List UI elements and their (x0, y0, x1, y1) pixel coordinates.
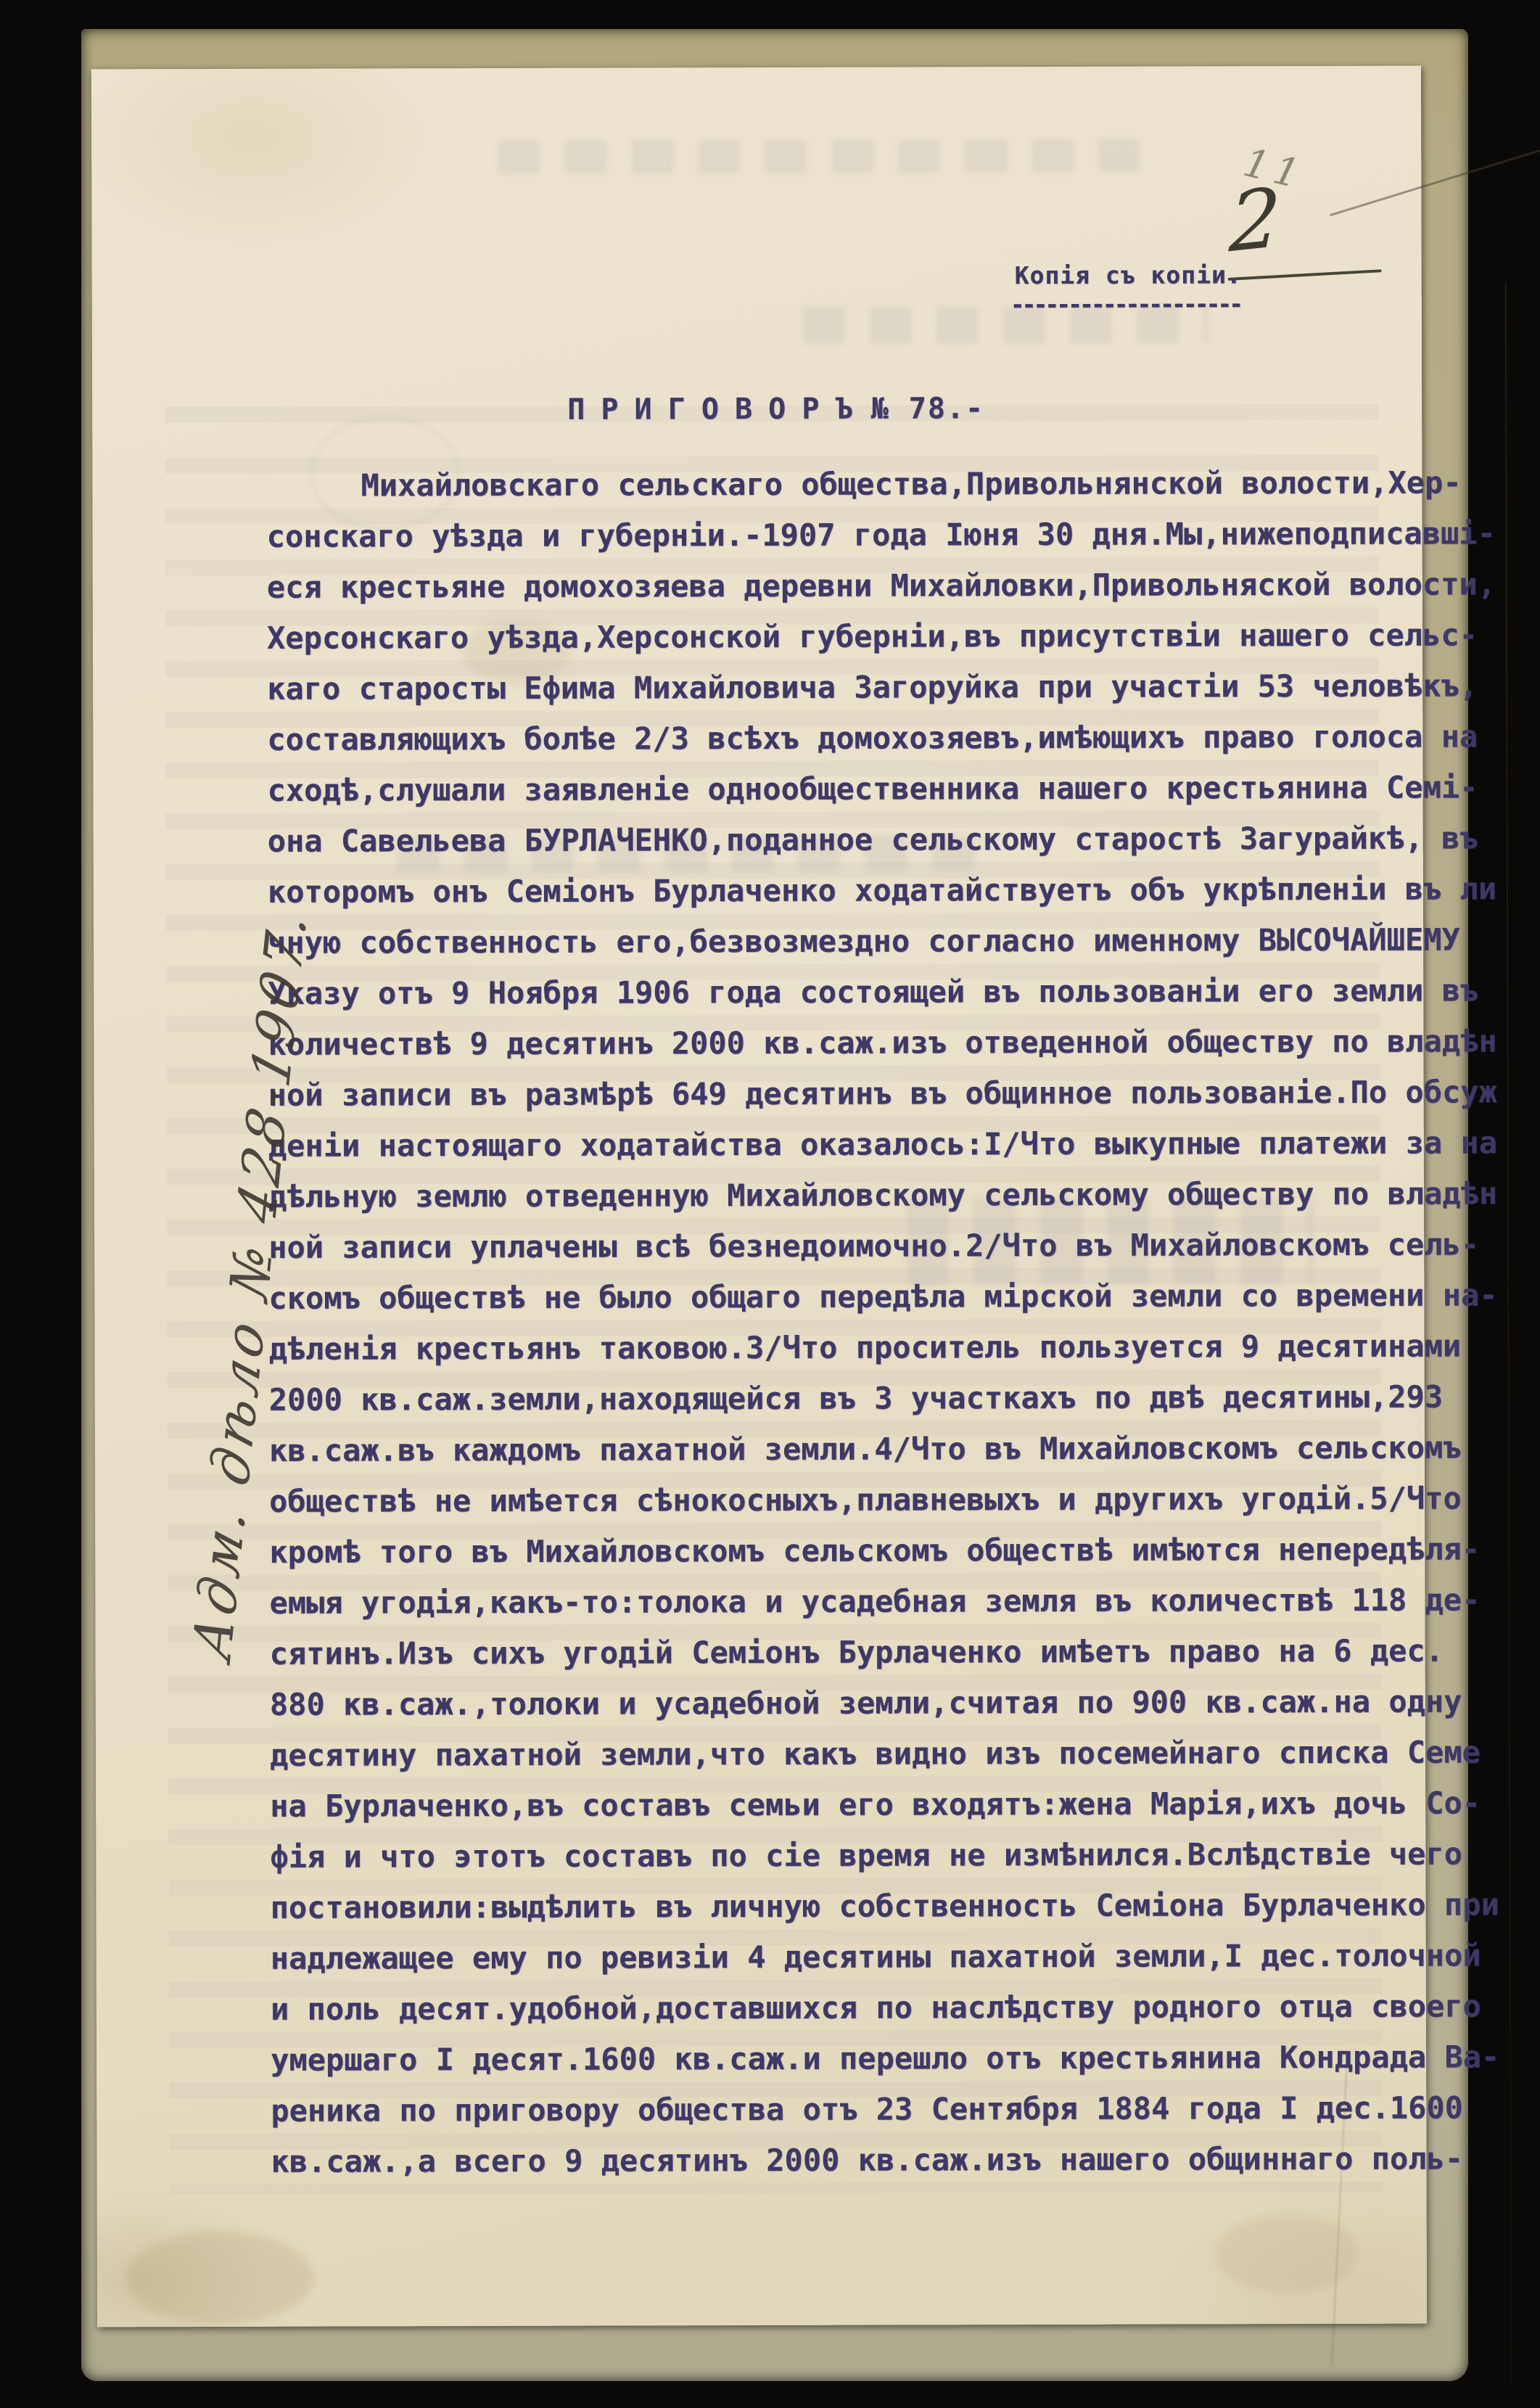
body-line: на Бурлаченко,въ составъ семьи его входя… (270, 1778, 1532, 1832)
bleed-through-ghost (498, 139, 1150, 174)
body-line: Указу отъ 9 Ноября 1906 года состоящей в… (268, 965, 1530, 1019)
copy-note: Копія съ копіи. (1015, 260, 1242, 289)
body-line: обществѣ не имѣется сѣнокосныхъ,плавневы… (269, 1473, 1531, 1527)
body-line: ной записи въ размѣрѣ 649 десятинъ въ об… (268, 1067, 1531, 1121)
body-line: которомъ онъ Семіонъ Бурлаченко ходатайс… (268, 863, 1530, 918)
body-line: она Савельева БУРЛАЧЕНКО,поданное сельск… (268, 813, 1530, 867)
body-line: кв.саж.,а всего 9 десятинъ 2000 кв.саж.и… (271, 2133, 1533, 2187)
body-line: деніи настоящаго ходатайства оказалось:I… (268, 1117, 1531, 1172)
body-line: составляющихъ болѣе 2/3 всѣхъ домохозяев… (267, 711, 1529, 765)
body-line: еся крестьяне домохозяева деревни Михайл… (267, 559, 1529, 613)
body-line: дѣльную землю отведенную Михайловскому с… (268, 1168, 1531, 1223)
body-line: десятину пахатной земли,что какъ видно и… (270, 1727, 1532, 1781)
body-line: умершаго I десят.1600 кв.саж.и перешло о… (271, 2031, 1533, 2086)
title-word: П Р И Г О В О Р Ъ (567, 393, 852, 427)
body-line: 2000 кв.саж.земли,находящейся въ 3 участ… (269, 1371, 1531, 1426)
body-line: кв.саж.въ каждомъ пахатной земли.4/Что в… (269, 1422, 1531, 1476)
copy-note-underline: -------------------- (1010, 289, 1240, 319)
document-title: П Р И Г О В О Р Ъ№ 78.- (567, 392, 984, 427)
body-line: каго старосты Ефима Михайловича Загоруйк… (267, 660, 1529, 715)
body-line: количествѣ 9 десятинъ 2000 кв.саж.изъ от… (268, 1016, 1530, 1070)
page-number-mark: 2 (1228, 170, 1282, 271)
body-line: дѣленія крестьянъ таковою.3/Что просител… (268, 1320, 1531, 1375)
body-line: сходѣ,слушали заявленіе однообщественник… (267, 762, 1529, 816)
body-line: емыя угодія,какъ-то:толока и усадебная з… (269, 1574, 1531, 1629)
body-line: ной записи уплачены всѣ безнедоимочно.2/… (268, 1219, 1531, 1273)
body-line: Михайловскаго сельскаго общества,Приволь… (266, 457, 1528, 511)
body-line: кромѣ того въ Михайловскомъ сельскомъ об… (269, 1524, 1531, 1578)
scanned-document: 11 2 Копія съ копіи. -------------------… (0, 0, 1540, 2408)
body-line: сятинъ.Изъ сихъ угодій Семіонъ Бурлаченк… (270, 1625, 1532, 1680)
body-line: реника по приговору общества отъ 23 Сент… (271, 2082, 1533, 2137)
paper-stain (126, 2231, 315, 2326)
page-number-underline (1228, 269, 1382, 281)
body-line: 880 кв.саж.,толоки и усадебной земли,счи… (270, 1676, 1532, 1730)
body-line: Херсонскаго уѣзда,Херсонской губерніи,въ… (267, 609, 1529, 664)
body-line: и поль десят.удобной,доставшихся по насл… (271, 1981, 1533, 2035)
body-line: чную собственность его,безвозмездно согл… (268, 914, 1530, 969)
body-line: постановили:выдѣлить въ личную собственн… (270, 1879, 1532, 1934)
body-line: фія и что этотъ составъ по сіе время не … (270, 1828, 1532, 1883)
body-line: сонскаго уѣзда и губерніи.-1907 года Іюн… (267, 508, 1529, 562)
title-number: № 78.- (871, 392, 985, 425)
document-page: 11 2 Копія съ копіи. -------------------… (91, 66, 1427, 2327)
body-line: скомъ обществѣ не было общаго передѣла м… (268, 1270, 1531, 1324)
document-body: Михайловскаго сельскаго общества,Приволь… (266, 457, 1533, 2187)
body-line: надлежащее ему по ревизіи 4 десятины пах… (271, 1930, 1533, 1984)
